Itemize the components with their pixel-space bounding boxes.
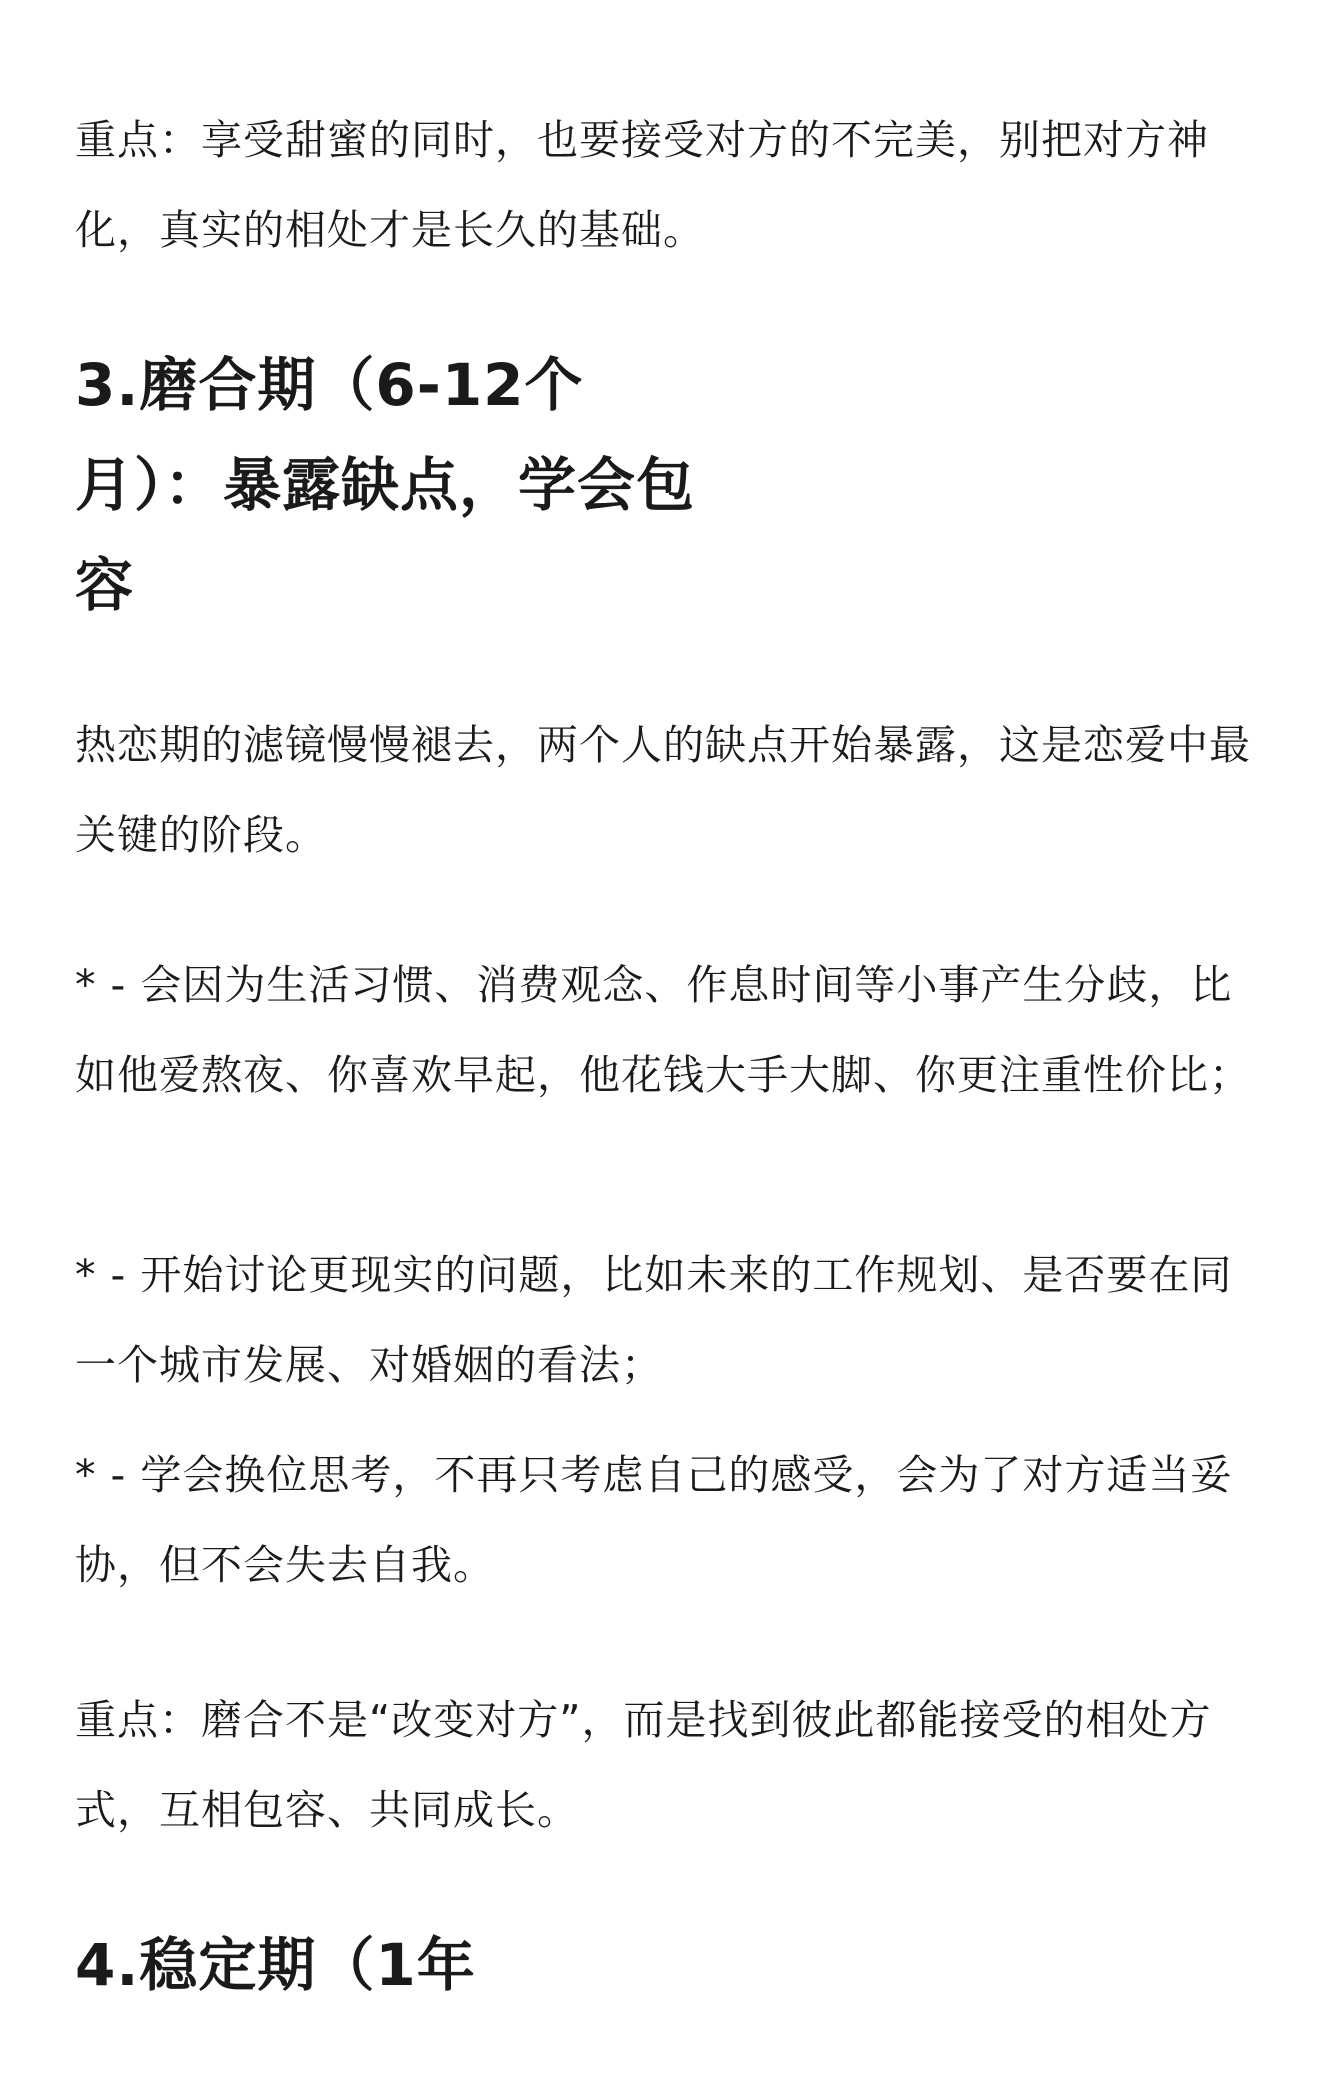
section-heading-stable-period: 4.稳定期（1年 — [75, 1915, 715, 2015]
key-point-paragraph-honeymoon: 重点：享受甜蜜的同时，也要接受对方的不完美，别把对方神化，真实的相处才是长久的基… — [75, 95, 1255, 275]
bullet-item-1: * - 会因为生活习惯、消费观念、作息时间等小事产生分歧，比如他爱熬夜、你喜欢早… — [75, 940, 1255, 1120]
section-heading-running-in-period: 3.磨合期（6-12个月）：暴露缺点，学会包容 — [75, 335, 715, 635]
bullet-item-2: * - 开始讨论更现实的问题，比如未来的工作规划、是否要在同一个城市发展、对婚姻… — [75, 1230, 1255, 1410]
section-intro-paragraph: 热恋期的滤镜慢慢褪去，两个人的缺点开始暴露，这是恋爱中最关键的阶段。 — [75, 700, 1255, 880]
key-point-paragraph-running-in: 重点：磨合不是“改变对方”，而是找到彼此都能接受的相处方式，互相包容、共同成长。 — [75, 1675, 1255, 1855]
bullet-item-3: * - 学会换位思考，不再只考虑自己的感受，会为了对方适当妥协，但不会失去自我。 — [75, 1430, 1255, 1610]
